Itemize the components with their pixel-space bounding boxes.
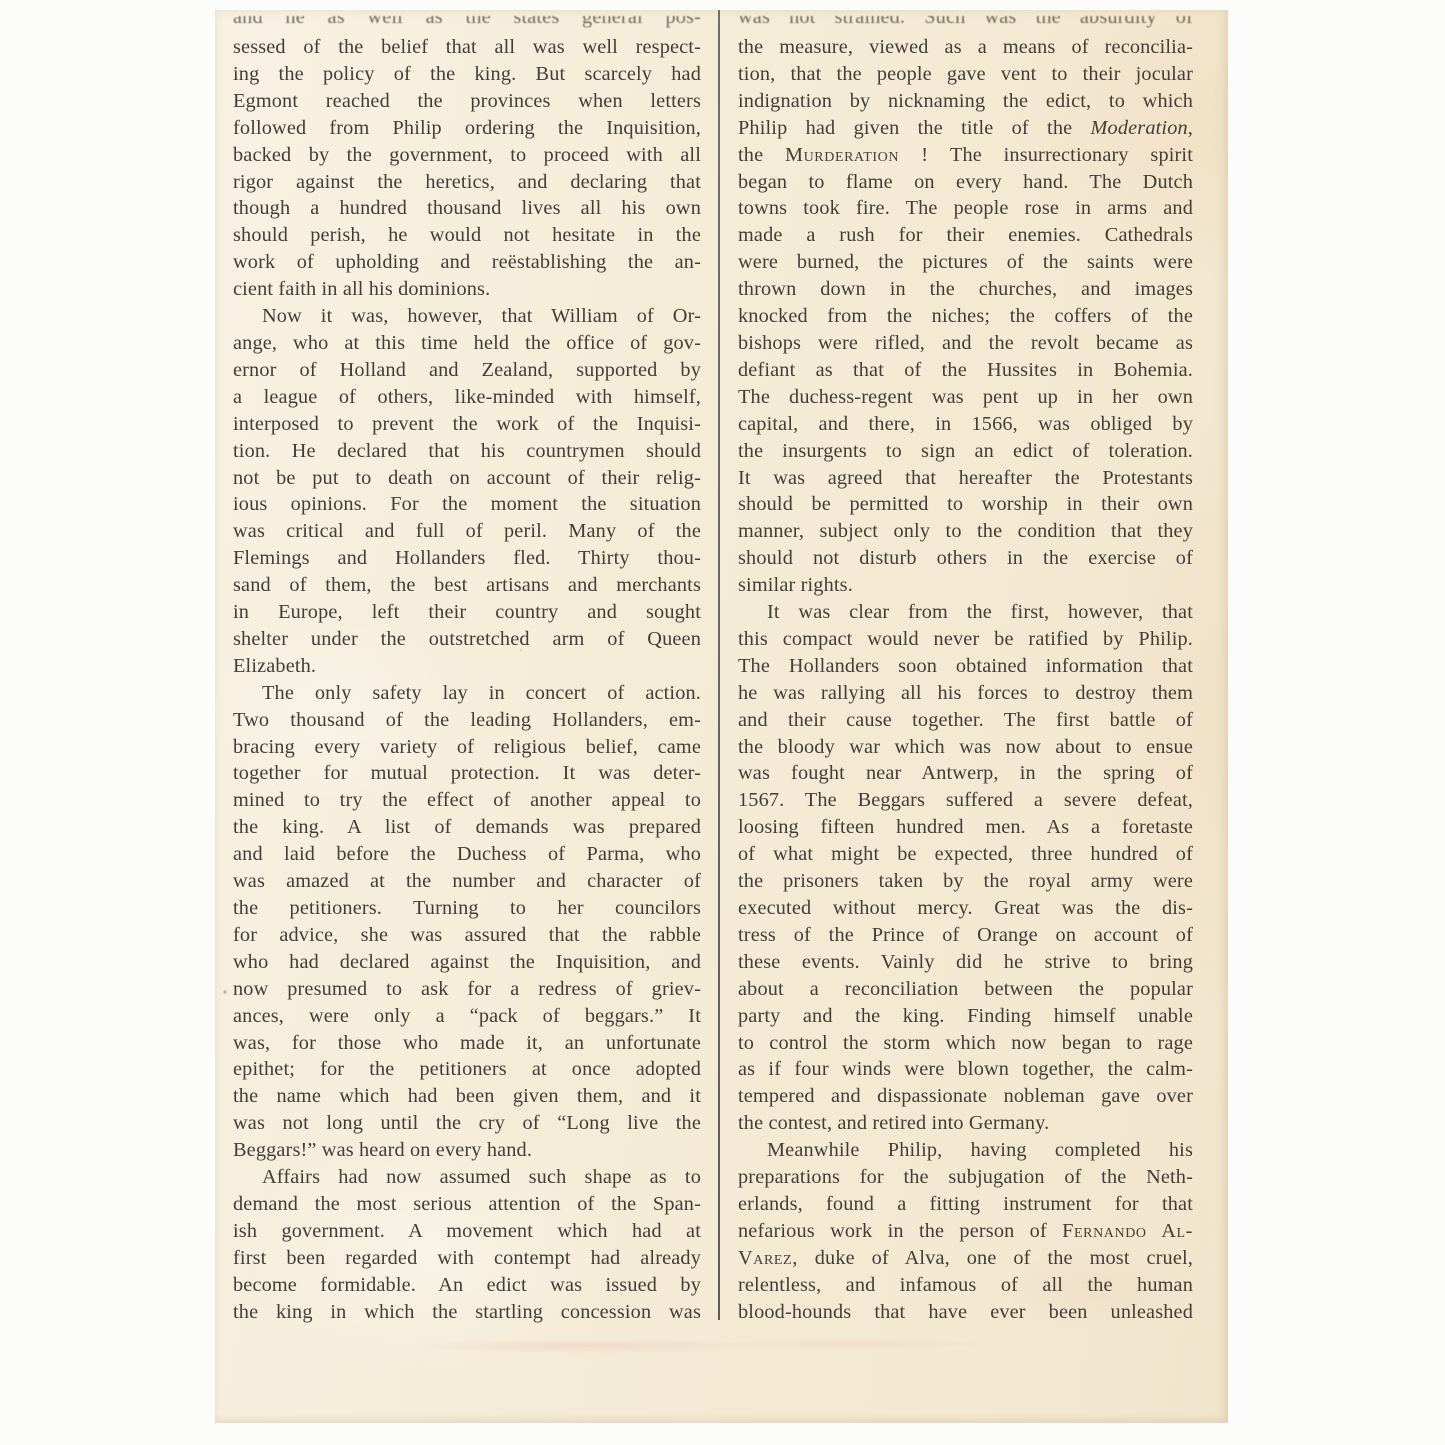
text-segment: and he as well as the states general pos… xyxy=(233,16,701,28)
text-line: interposed to prevent the work of the In… xyxy=(233,411,701,438)
text-line: the measure, viewed as a means of reconc… xyxy=(738,34,1193,61)
column-divider-rule xyxy=(718,10,720,1320)
text-line: as if four winds were blown together, th… xyxy=(738,1056,1193,1083)
text-line: nefarious work in the person of Fernando… xyxy=(738,1218,1193,1245)
text-line: about a reconciliation between the popul… xyxy=(738,976,1193,1003)
text-line: 1567. The Beggars suffered a severe defe… xyxy=(738,787,1193,814)
text-line: become formidable. An edict was issued b… xyxy=(233,1272,701,1299)
text-segment: about a reconciliation between the popul… xyxy=(738,978,1193,1000)
text-line: Egmont reached the provinces when letter… xyxy=(233,88,701,115)
text-line: he was rallying all his forces to destro… xyxy=(738,680,1193,707)
text-segment: erlands, found a fitting instrument for … xyxy=(738,1193,1193,1215)
text-line: sessed of the belief that all was well r… xyxy=(233,34,701,61)
text-segment: manner, subject only to the condition th… xyxy=(738,520,1193,542)
text-segment: Now it was, however, that William of Or- xyxy=(262,305,701,327)
text-line: ernor of Holland and Zealand, supported … xyxy=(233,357,701,384)
text-segment: together for mutual protection. It was d… xyxy=(233,762,701,784)
text-line: and laid before the Duchess of Parma, wh… xyxy=(233,841,701,868)
text-segment: loosing fifteen hundred men. As a foreta… xyxy=(738,816,1193,838)
text-segment: the name which had been given them, and … xyxy=(233,1085,701,1107)
text-segment: nefarious work in the person of xyxy=(738,1220,1062,1242)
text-segment: in Europe, left their country and sought xyxy=(233,601,701,623)
text-line: defiant as that of the Hussites in Bohem… xyxy=(738,357,1193,384)
text-segment: should not disturb others in the exercis… xyxy=(738,547,1193,569)
text-line: mined to try the effect of another appea… xyxy=(233,787,701,814)
text-line: indignation by nicknaming the edict, to … xyxy=(738,88,1193,115)
text-segment: should be permitted to worship in their … xyxy=(738,493,1193,515)
text-segment: interposed to prevent the work of the In… xyxy=(233,413,701,435)
text-line: tion, that the people gave vent to their… xyxy=(738,61,1193,88)
text-segment: It was clear from the first, however, th… xyxy=(767,601,1193,623)
text-line: tion. He declared that his countrymen sh… xyxy=(233,438,701,465)
text-line: was fought near Antwerp, in the spring o… xyxy=(738,760,1193,787)
text-segment: the king. A list of demands was prepared xyxy=(233,816,701,838)
text-segment: Beggars!” was heard on every hand. xyxy=(233,1139,532,1161)
text-line: was critical and full of peril. Many of … xyxy=(233,518,701,545)
text-segment: should perish, he would not hesitate in … xyxy=(233,224,701,246)
text-segment: the measure, viewed as a means of reconc… xyxy=(738,36,1193,58)
text-line: though a hundred thousand lives all his … xyxy=(233,195,701,222)
scanned-book-page: { "page": { "paper_color": "#f5ecd8", "i… xyxy=(0,0,1445,1445)
text-segment: The insurrectionary spirit xyxy=(929,144,1193,166)
text-line: capital, and there, in 1566, was obliged… xyxy=(738,411,1193,438)
text-line: Affairs had now assumed such shape as to xyxy=(233,1164,701,1191)
text-line: executed without mercy. Great was the di… xyxy=(738,895,1193,922)
text-segment: demand the most serious attention of the… xyxy=(233,1193,701,1215)
text-segment: blood-hounds that have ever been unleash… xyxy=(738,1301,1193,1323)
text-line: was not long until the cry of “Long live… xyxy=(233,1110,701,1137)
text-segment: Moderation, xyxy=(1091,117,1193,139)
text-segment: ernor of Holland and Zealand, supported … xyxy=(233,359,701,381)
text-line: relentless, and infamous of all the huma… xyxy=(738,1272,1193,1299)
text-line: should be permitted to worship in their … xyxy=(738,491,1193,518)
text-segment: and their cause together. The first batt… xyxy=(738,709,1193,731)
text-segment: Two thousand of the leading Hollanders, … xyxy=(233,709,701,731)
text-line: ances, were only a “pack of beggars.” It xyxy=(233,1003,701,1030)
text-segment: tress of the Prince of Orange on account… xyxy=(738,924,1193,946)
text-line: together for mutual protection. It was d… xyxy=(233,760,701,787)
text-segment: though a hundred thousand lives all his … xyxy=(233,197,701,219)
right-column: was not strained. Such was the absurdity… xyxy=(738,10,1193,1326)
text-segment: this compact would never be ratified by … xyxy=(738,628,1193,650)
text-segment: ances, were only a “pack of beggars.” It xyxy=(233,1005,701,1027)
text-segment: and laid before the Duchess of Parma, wh… xyxy=(233,843,701,865)
text-line: tempered and dispassionate nobleman gave… xyxy=(738,1083,1193,1110)
text-line: the insurgents to sign an edict of toler… xyxy=(738,438,1193,465)
text-segment: indignation by nicknaming the edict, to … xyxy=(738,90,1193,112)
text-segment: tempered and dispassionate nobleman gave… xyxy=(738,1085,1193,1107)
text-line: to control the storm which now began to … xyxy=(738,1030,1193,1057)
text-line: was not strained. Such was the absurdity… xyxy=(738,16,1193,34)
text-line: ange, who at this time held the office o… xyxy=(233,330,701,357)
text-line: sand of them, the best artisans and merc… xyxy=(233,572,701,599)
text-segment: the king in which the startling concessi… xyxy=(233,1301,701,1323)
text-segment: was not strained. Such was the absurdity… xyxy=(738,16,1193,28)
text-segment: Varez, xyxy=(738,1247,798,1269)
text-segment: now presumed to ask for a redress of gri… xyxy=(233,978,701,1000)
text-segment: The duchess-regent was pent up in her ow… xyxy=(738,386,1193,408)
text-segment: 1567. The Beggars suffered a severe defe… xyxy=(738,789,1193,811)
text-segment: tion. He declared that his countrymen sh… xyxy=(233,440,701,462)
text-line: erlands, found a fitting instrument for … xyxy=(738,1191,1193,1218)
text-segment: relentless, and infamous of all the huma… xyxy=(738,1274,1193,1296)
text-segment: sand of them, the best artisans and merc… xyxy=(233,574,701,596)
text-segment: preparations for the subjugation of the … xyxy=(738,1166,1193,1188)
text-line: loosing fifteen hundred men. As a foreta… xyxy=(738,814,1193,841)
text-line: was, for those who made it, an unfortuna… xyxy=(233,1030,701,1057)
text-segment: the prisoners taken by the royal army we… xyxy=(738,870,1193,892)
text-segment: knocked from the niches; the coffers of … xyxy=(738,305,1193,327)
text-segment: executed without mercy. Great was the di… xyxy=(738,897,1193,919)
text-line: knocked from the niches; the coffers of … xyxy=(738,303,1193,330)
text-segment: ious opinions. For the moment the situat… xyxy=(233,493,701,515)
text-line: It was agreed that hereafter the Protest… xyxy=(738,465,1193,492)
text-segment: sessed of the belief that all was well r… xyxy=(233,36,701,58)
text-line: of what might be expected, three hundred… xyxy=(738,841,1193,868)
text-segment: was critical and full of peril. Many of … xyxy=(233,520,701,542)
text-segment: similar rights. xyxy=(738,574,853,596)
text-segment: work of upholding and reëstablishing the… xyxy=(233,251,701,273)
text-line: manner, subject only to the condition th… xyxy=(738,518,1193,545)
text-line: the king. A list of demands was prepared xyxy=(233,814,701,841)
text-segment: rigor against the heretics, and declarin… xyxy=(233,171,701,193)
text-line: bracing every variety of religious belie… xyxy=(233,734,701,761)
text-line: Varez, duke of Alva, one of the most cru… xyxy=(738,1245,1193,1272)
text-line: who had declared against the Inquisition… xyxy=(233,949,701,976)
text-segment: bishops were rifled, and the revolt beca… xyxy=(738,332,1193,354)
text-line: was amazed at the number and character o… xyxy=(233,868,701,895)
text-line: epithet; for the petitioners at once ado… xyxy=(233,1056,701,1083)
text-segment: were burned, the pictures of the saints … xyxy=(738,251,1193,273)
text-segment: was fought near Antwerp, in the spring o… xyxy=(738,762,1193,784)
text-line: first been regarded with contempt had al… xyxy=(233,1245,701,1272)
text-segment: of what might be expected, three hundred… xyxy=(738,843,1193,865)
text-segment: made a rush for their enemies. Cathedral… xyxy=(738,224,1193,246)
text-line: towns took fire. The people rose in arms… xyxy=(738,195,1193,222)
text-segment: backed by the government, to proceed wit… xyxy=(233,144,701,166)
text-line: Two thousand of the leading Hollanders, … xyxy=(233,707,701,734)
text-line: and he as well as the states general pos… xyxy=(233,16,701,34)
book-page: and he as well as the states general pos… xyxy=(215,10,1228,1423)
text-line: ish government. A movement which had at xyxy=(233,1218,701,1245)
text-line: bishops were rifled, and the revolt beca… xyxy=(738,330,1193,357)
text-line: and their cause together. The first batt… xyxy=(738,707,1193,734)
text-line: preparations for the subjugation of the … xyxy=(738,1164,1193,1191)
text-segment: bracing every variety of religious belie… xyxy=(233,736,701,758)
text-line: the petitioners. Turning to her councilo… xyxy=(233,895,701,922)
text-segment: the xyxy=(738,144,785,166)
text-line: these events. Vainly did he strive to br… xyxy=(738,949,1193,976)
text-line: the prisoners taken by the royal army we… xyxy=(738,868,1193,895)
text-line: rigor against the heretics, and declarin… xyxy=(233,169,701,196)
text-segment: party and the king. Finding himself unab… xyxy=(738,1005,1193,1027)
text-segment: ish government. A movement which had at xyxy=(233,1220,701,1242)
text-line: ious opinions. For the moment the situat… xyxy=(233,491,701,518)
text-line: the bloody war which was now about to en… xyxy=(738,734,1193,761)
text-line: the Murderation ! The insurrectionary sp… xyxy=(738,142,1193,169)
text-line: blood-hounds that have ever been unleash… xyxy=(738,1299,1193,1326)
text-segment: Murderation ! xyxy=(785,144,929,166)
text-line: work of upholding and reëstablishing the… xyxy=(233,249,701,276)
text-segment: Affairs had now assumed such shape as to xyxy=(262,1166,701,1188)
text-line: It was clear from the first, however, th… xyxy=(738,599,1193,626)
text-line: the name which had been given them, and … xyxy=(233,1083,701,1110)
text-line: backed by the government, to proceed wit… xyxy=(233,142,701,169)
text-segment: ange, who at this time held the office o… xyxy=(233,332,701,354)
text-segment: began to flame on every hand. The Dutch xyxy=(738,171,1193,193)
text-segment: followed from Philip ordering the Inquis… xyxy=(233,117,701,139)
text-segment: epithet; for the petitioners at once ado… xyxy=(233,1058,701,1080)
text-line: Beggars!” was heard on every hand. xyxy=(233,1137,701,1164)
text-line: Flemings and Hollanders fled. Thirty tho… xyxy=(233,545,701,572)
text-segment: Fernando Al- xyxy=(1062,1220,1193,1242)
text-segment: not be put to death on account of their … xyxy=(233,467,701,489)
text-line: began to flame on every hand. The Dutch xyxy=(738,169,1193,196)
text-line: this compact would never be ratified by … xyxy=(738,626,1193,653)
text-segment: to control the storm which now began to … xyxy=(738,1032,1193,1054)
text-segment: become formidable. An edict was issued b… xyxy=(233,1274,701,1296)
text-line: Now it was, however, that William of Or- xyxy=(233,303,701,330)
text-segment: Meanwhile Philip, having completed his xyxy=(767,1139,1193,1161)
text-line: now presumed to ask for a redress of gri… xyxy=(233,976,701,1003)
text-line: made a rush for their enemies. Cathedral… xyxy=(738,222,1193,249)
text-segment: ing the policy of the king. But scarcely… xyxy=(233,63,701,85)
text-segment: mined to try the effect of another appea… xyxy=(233,789,701,811)
text-segment: was amazed at the number and character o… xyxy=(233,870,701,892)
text-segment: he was rallying all his forces to destro… xyxy=(738,682,1193,704)
text-segment: It was agreed that hereafter the Protest… xyxy=(738,467,1193,489)
text-segment: a league of others, like-minded with him… xyxy=(233,386,701,408)
text-line: should not disturb others in the exercis… xyxy=(738,545,1193,572)
left-column: and he as well as the states general pos… xyxy=(233,10,701,1326)
text-segment: first been regarded with contempt had al… xyxy=(233,1247,701,1269)
text-segment: the bloody war which was now about to en… xyxy=(738,736,1193,758)
text-line: in Europe, left their country and sought xyxy=(233,599,701,626)
text-line: were burned, the pictures of the saints … xyxy=(738,249,1193,276)
text-line: tress of the Prince of Orange on account… xyxy=(738,922,1193,949)
text-line: ing the policy of the king. But scarcely… xyxy=(233,61,701,88)
text-segment: The only safety lay in concert of action… xyxy=(262,682,701,704)
text-segment: towns took fire. The people rose in arms… xyxy=(738,197,1193,219)
text-segment: was, for those who made it, an unfortuna… xyxy=(233,1032,701,1054)
text-line: cient faith in all his dominions. xyxy=(233,276,701,303)
text-segment: was not long until the cry of “Long live… xyxy=(233,1112,701,1134)
text-segment: Philip had given the title of the xyxy=(738,117,1091,139)
text-line: similar rights. xyxy=(738,572,1193,599)
text-line: The only safety lay in concert of action… xyxy=(233,680,701,707)
text-line: a league of others, like-minded with him… xyxy=(233,384,701,411)
text-line: thrown down in the churches, and images xyxy=(738,276,1193,303)
text-segment: Elizabeth. xyxy=(233,655,316,677)
text-segment: shelter under the outstretched arm of Qu… xyxy=(233,628,701,650)
text-line: not be put to death on account of their … xyxy=(233,465,701,492)
text-line: Elizabeth. xyxy=(233,653,701,680)
text-segment: for advice, she was assured that the rab… xyxy=(233,924,701,946)
text-line: for advice, she was assured that the rab… xyxy=(233,922,701,949)
text-line: The Hollanders soon obtained information… xyxy=(738,653,1193,680)
text-segment: capital, and there, in 1566, was obliged… xyxy=(738,413,1193,435)
text-segment: these events. Vainly did he strive to br… xyxy=(738,951,1193,973)
text-segment: Flemings and Hollanders fled. Thirty tho… xyxy=(233,547,701,569)
text-line: shelter under the outstretched arm of Qu… xyxy=(233,626,701,653)
text-segment: who had declared against the Inquisition… xyxy=(233,951,701,973)
text-line: Philip had given the title of the Modera… xyxy=(738,115,1193,142)
text-segment: cient faith in all his dominions. xyxy=(233,278,490,300)
text-segment: duke of Alva, one of the most cruel, xyxy=(798,1247,1193,1269)
text-segment: The Hollanders soon obtained information… xyxy=(738,655,1193,677)
text-line: should perish, he would not hesitate in … xyxy=(233,222,701,249)
text-line: followed from Philip ordering the Inquis… xyxy=(233,115,701,142)
text-segment: the insurgents to sign an edict of toler… xyxy=(738,440,1193,462)
text-line: party and the king. Finding himself unab… xyxy=(738,1003,1193,1030)
text-line: the king in which the startling concessi… xyxy=(233,1299,701,1326)
text-segment: as if four winds were blown together, th… xyxy=(738,1058,1193,1080)
text-segment: the contest, and retired into Germany. xyxy=(738,1112,1049,1134)
text-line: Meanwhile Philip, having completed his xyxy=(738,1137,1193,1164)
text-segment: thrown down in the churches, and images xyxy=(738,278,1193,300)
text-segment: the petitioners. Turning to her councilo… xyxy=(233,897,701,919)
text-line: The duchess-regent was pent up in her ow… xyxy=(738,384,1193,411)
text-segment: defiant as that of the Hussites in Bohem… xyxy=(738,359,1193,381)
text-line: the contest, and retired into Germany. xyxy=(738,1110,1193,1137)
text-line: demand the most serious attention of the… xyxy=(233,1191,701,1218)
text-segment: Egmont reached the provinces when letter… xyxy=(233,90,701,112)
text-segment: tion, that the people gave vent to their… xyxy=(738,63,1193,85)
